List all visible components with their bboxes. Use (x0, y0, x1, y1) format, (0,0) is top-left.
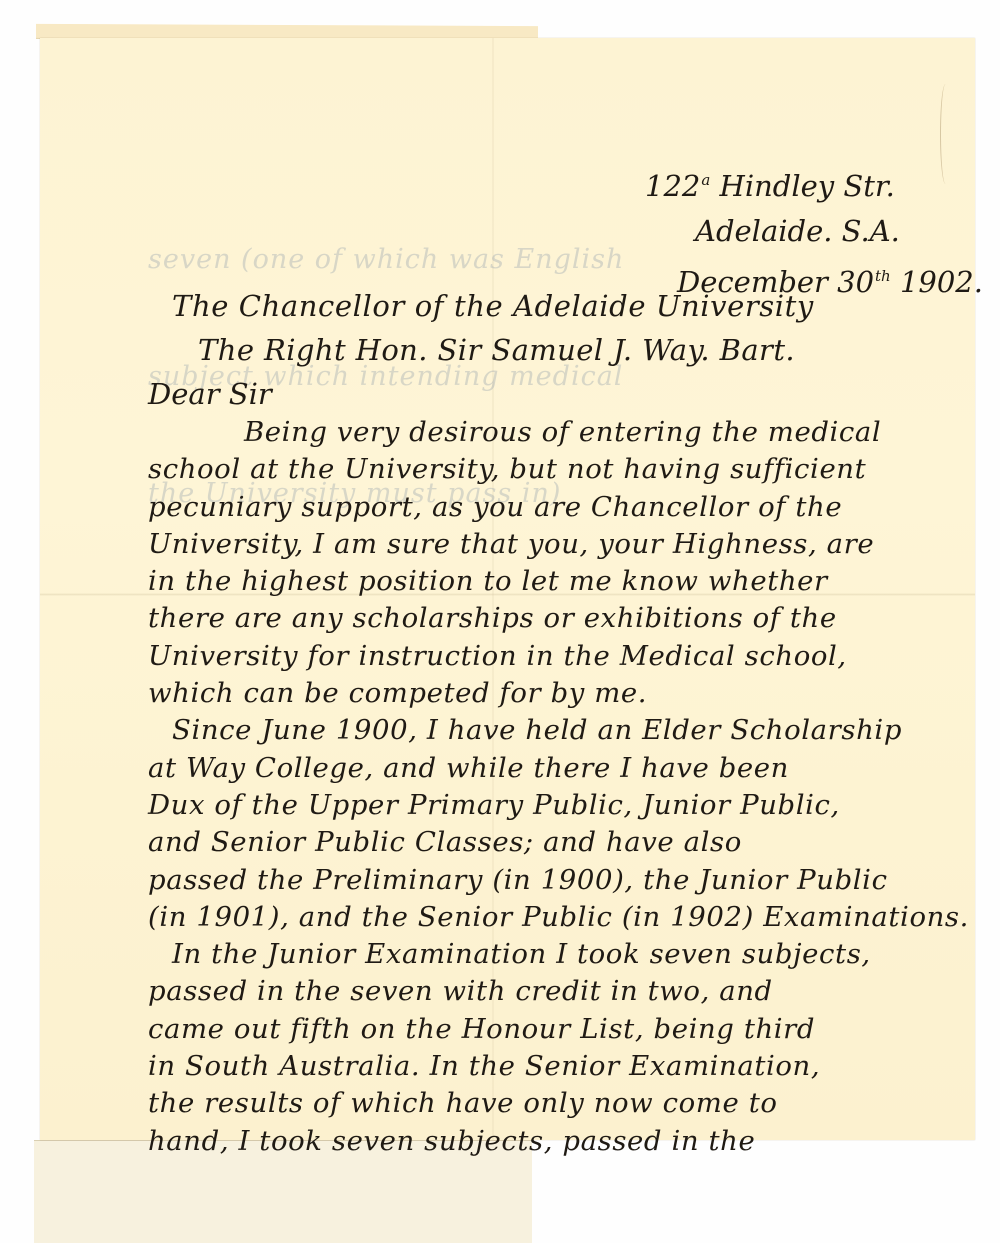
body-line: in South Australia. In the Senior Examin… (148, 1048, 968, 1085)
body-line: and Senior Public Classes; and have also (148, 824, 968, 861)
body-line: came out fifth on the Honour List, being… (148, 1011, 968, 1048)
body-line: there are any scholarships or exhibition… (148, 600, 968, 637)
body-line: Being very desirous of entering the medi… (148, 414, 968, 451)
body-line: in the highest position to let me know w… (148, 563, 968, 600)
body-line: In the Junior Examination I took seven s… (148, 936, 968, 973)
body-line: at Way College, and while there I have b… (148, 750, 968, 787)
recipient-title: The Chancellor of the Adelaide Universit… (172, 284, 814, 328)
body-line: (in 1901), and the Senior Public (in 190… (148, 899, 968, 936)
street-ordinal: a (701, 171, 710, 189)
sender-address: 122a Hindley Str. Adelaide. S.A. Decembe… (615, 158, 983, 305)
body-line: passed in the seven with credit in two, … (148, 973, 968, 1010)
body-line: Since June 1900, I have held an Elder Sc… (148, 712, 968, 749)
recipient-block: The Chancellor of the Adelaide Universit… (148, 284, 814, 416)
body-line: University for instruction in the Medica… (148, 638, 968, 675)
body-line: University, I am sure that you, your Hig… (148, 526, 968, 563)
body-line: hand, I took seven subjects, passed in t… (148, 1123, 968, 1160)
letter-body: Being very desirous of entering the medi… (148, 414, 968, 1160)
body-line: which can be competed for by me. (148, 675, 968, 712)
address-street: 122a Hindley Str. (645, 158, 983, 209)
salutation: Dear Sir (148, 372, 814, 416)
body-line: pecuniary support, as you are Chancellor… (148, 489, 968, 526)
body-line: school at the University, but not having… (148, 451, 968, 488)
street-number: 122 (645, 169, 700, 203)
address-city: Adelaide. S.A. (695, 209, 983, 254)
recipient-name: The Right Hon. Sir Samuel J. Way. Bart. (198, 328, 814, 372)
body-line: Dux of the Upper Primary Public, Junior … (148, 787, 968, 824)
street-name: Hindley Str. (710, 169, 894, 203)
body-line: passed the Preliminary (in 1900), the Ju… (148, 862, 968, 899)
date-ordinal: th (875, 267, 891, 285)
body-line: the results of which have only now come … (148, 1085, 968, 1122)
date-year: 1902. (891, 265, 983, 299)
scanned-page: seven (one of which was English subject … (0, 0, 1000, 1243)
